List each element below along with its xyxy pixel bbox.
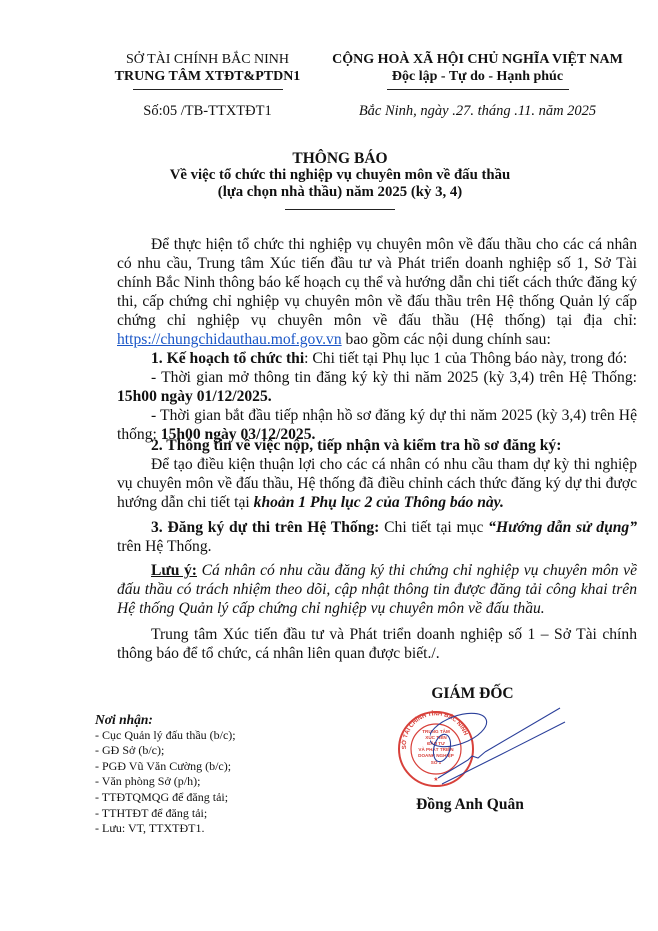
document-title: THÔNG BÁO Về việc tổ chức thi nghiệp vụ … — [150, 150, 530, 210]
agency-name: TRUNG TÂM XTĐT&PTDN1 — [80, 68, 335, 85]
section1-item1-time: 15h00 ngày 01/12/2025. — [117, 388, 272, 405]
signer-name: Đồng Anh Quân — [390, 796, 550, 814]
recipient-item: - TTHTĐT để đăng tải; — [95, 806, 335, 822]
recipient-item: - Văn phòng Sở (p/h); — [95, 774, 335, 790]
header-right: CỘNG HOÀ XÃ HỘI CHỦ NGHĨA VIỆT NAM Độc l… — [320, 51, 635, 90]
recipient-item: - TTĐTQMQG để đăng tải; — [95, 790, 335, 806]
title-rule — [285, 209, 395, 210]
country-name: CỘNG HOÀ XÃ HỘI CHỦ NGHĨA VIỆT NAM — [320, 51, 635, 68]
recipient-item: - Cục Quản lý đấu thầu (b/c); — [95, 728, 335, 744]
header-left-rule — [133, 89, 283, 90]
section-3: 3. Đăng ký dự thi trên Hệ Thống: Chi tiế… — [117, 518, 637, 556]
note-label: Lưu ý: — [151, 562, 197, 579]
doc-number: Số:05 /TB-TTXTĐT1 — [80, 103, 335, 120]
closing-paragraph: Trung tâm Xúc tiến đầu tư và Phát triển … — [117, 625, 637, 663]
section3-heading: 3. Đăng ký dự thi trên Hệ Thống: — [151, 519, 379, 536]
note: Lưu ý: Cá nhân có nhu cầu đăng ký thi ch… — [117, 561, 637, 618]
intro-paragraph: Để thực hiện tổ chức thi nghiệp vụ chuyê… — [117, 235, 637, 349]
header-left: SỞ TÀI CHÍNH BẮC NINH TRUNG TÂM XTĐT&PTD… — [80, 51, 335, 90]
system-link[interactable]: https://chungchidauthau.mof.gov.vn — [117, 331, 342, 348]
ministry-name: SỞ TÀI CHÍNH BẮC NINH — [80, 51, 335, 68]
section1-heading: 1. Kế hoạch tổ chức thi — [151, 350, 304, 367]
section1-text: : Chi tiết tại Phụ lục 1 của Thông báo n… — [304, 350, 627, 367]
section-2: 2. Thông tin về việc nộp, tiếp nhận và k… — [117, 436, 637, 512]
recipient-item: - GĐ Sở (b/c); — [95, 743, 335, 759]
section3-text: Chi tiết tại mục — [379, 519, 488, 536]
header-right-rule — [387, 89, 569, 90]
section2-heading: 2. Thông tin về việc nộp, tiếp nhận và k… — [117, 436, 637, 455]
handwritten-signature-icon — [430, 700, 570, 790]
recipients-heading: Nơi nhận: — [95, 712, 335, 728]
place-date: Bắc Ninh, ngày .27. tháng .11. năm 2025 — [320, 103, 635, 120]
section-1: 1. Kế hoạch tổ chức thi: Chi tiết tại Ph… — [117, 349, 637, 444]
recipient-item: - PGĐ Vũ Văn Cường (b/c); — [95, 759, 335, 775]
section3-after: trên Hệ Thống. — [117, 538, 212, 555]
body-intro: Để thực hiện tổ chức thi nghiệp vụ chuyê… — [117, 235, 637, 349]
closing: Trung tâm Xúc tiến đầu tư và Phát triển … — [117, 625, 637, 663]
intro-text: Để thực hiện tổ chức thi nghiệp vụ chuyê… — [117, 236, 637, 329]
recipients-list: Nơi nhận: - Cục Quản lý đấu thầu (b/c); … — [95, 712, 335, 837]
intro-after-link: bao gồm các nội dung chính sau: — [342, 331, 551, 348]
recipient-item: - Lưu: VT, TTXTĐT1. — [95, 821, 335, 837]
motto: Độc lập - Tự do - Hạnh phúc — [320, 68, 635, 85]
section1-item1: - Thời gian mở thông tin đăng ký kỳ thi … — [151, 369, 637, 386]
title-main: THÔNG BÁO — [150, 150, 530, 167]
section3-emphasis: “Hướng dẫn sử dụng” — [488, 519, 637, 536]
section2-emphasis: khoản 1 Phụ lục 2 của Thông báo này. — [254, 494, 504, 511]
title-subject-line2: (lựa chọn nhà thầu) năm 2025 (kỳ 3, 4) — [150, 184, 530, 201]
title-subject-line1: Về việc tổ chức thi nghiệp vụ chuyên môn… — [150, 167, 530, 184]
